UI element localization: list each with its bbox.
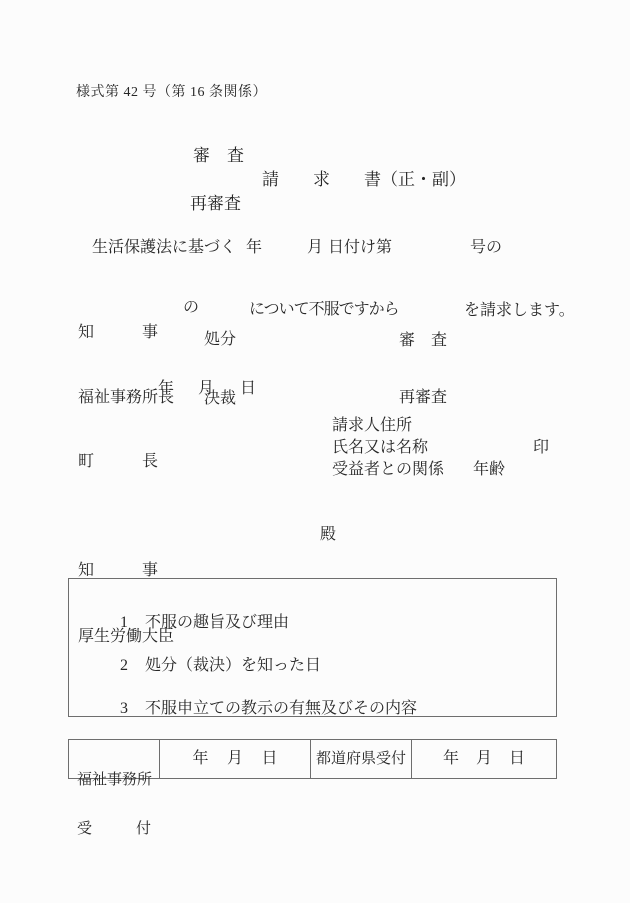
opening-day-label: 日付け第 [328,240,392,256]
item-row: 2処分（裁決）を知った日 [96,642,321,690]
authority-option-governor: 知 事 [78,322,174,344]
date-year-label: 年 [192,751,208,767]
prefecture-receipt-cell: 都道府県受付 [311,740,412,778]
office-receipt-date-cell: 年 月 日 [160,740,311,778]
item-text: 不服の趣旨及び理由 [145,614,289,631]
date-day-label: 日 [509,751,525,767]
opening-line: 生活保護法に基づく 年 月 日付け第 号の [0,240,630,258]
opening-month-label: 月 [307,240,323,256]
objection-clause: について不服ですから [249,302,399,318]
request-tail-text: を請求します。 [464,303,575,319]
welfare-office-receipt-cell: 福祉事務所 受 付 [69,740,160,778]
date-line: 年 月 日 [0,381,630,399]
opening-lead-text: 生活保護法に基づく [92,240,236,256]
date-day-label: 日 [261,751,277,767]
seal-label: 印 [533,440,549,456]
item-row: 1不服の趣旨及び理由 [96,599,289,647]
date-month-label: 月 [476,751,492,767]
title-option-review: 審 査 [193,147,244,164]
opening-number-label: 号の [470,240,502,256]
date-day-label: 日 [240,381,256,397]
item-number: 2 [120,658,145,674]
prefecture-receipt-date-cell: 年 月 日 [412,740,556,778]
date-year-label: 年 [158,381,174,397]
particle-no: の [183,300,199,316]
decision-option-disposition: 処分 [204,330,236,350]
title-main: 請 求 書（正・副） [262,171,466,188]
requester-name-label: 氏名又は名称 [332,440,428,456]
date-year-label: 年 [443,751,459,767]
receipt-label: 受 付 [77,822,151,837]
welfare-office-label: 福祉事務所 [77,773,151,788]
honorific-dono: 殿 [320,527,336,543]
items-box: 1不服の趣旨及び理由 2処分（裁決）を知った日 3不服申立ての教示の有無及びその… [68,578,557,717]
requester-relation-label: 受益者との関係 [332,462,444,478]
receipt-label-left: 受 [77,822,92,837]
date-month-label: 月 [227,751,243,767]
receipt-label-right: 付 [136,822,151,837]
receipt-table: 福祉事務所 受 付 年 月 日 都道府県受付 年 月 日 [68,739,557,779]
item-number: 3 [120,701,145,717]
authority-option-mayor: 町 長 [78,451,174,473]
age-label: 年齢 [473,462,505,478]
prefecture-receipt-label: 都道府県受付 [316,752,406,767]
item-number: 1 [120,615,145,631]
decision-options: 処分 決裁 [204,291,236,447]
form-number-label: 様式第 42 号（第 16 条関係） [76,86,267,100]
item-text: 処分（裁決）を知った日 [145,657,321,674]
request-sentence: 知 事 福祉事務所長 町 長 の 処分 決裁 について不服ですから 審 査 再審… [0,277,630,341]
item-text: 不服申立ての教示の有無及びその内容 [145,700,417,717]
date-month-label: 月 [198,381,214,397]
title-option-rereview: 再審査 [190,195,241,212]
review-option-review: 審 査 [399,331,447,350]
opening-year-label: 年 [246,240,262,256]
page: 様式第 42 号（第 16 条関係） 審 査 請 求 書（正・副） 再審査 生活… [0,0,630,903]
item-row: 3不服申立ての教示の有無及びその内容 [96,685,417,733]
requester-address-label: 請求人住所 [332,418,412,434]
